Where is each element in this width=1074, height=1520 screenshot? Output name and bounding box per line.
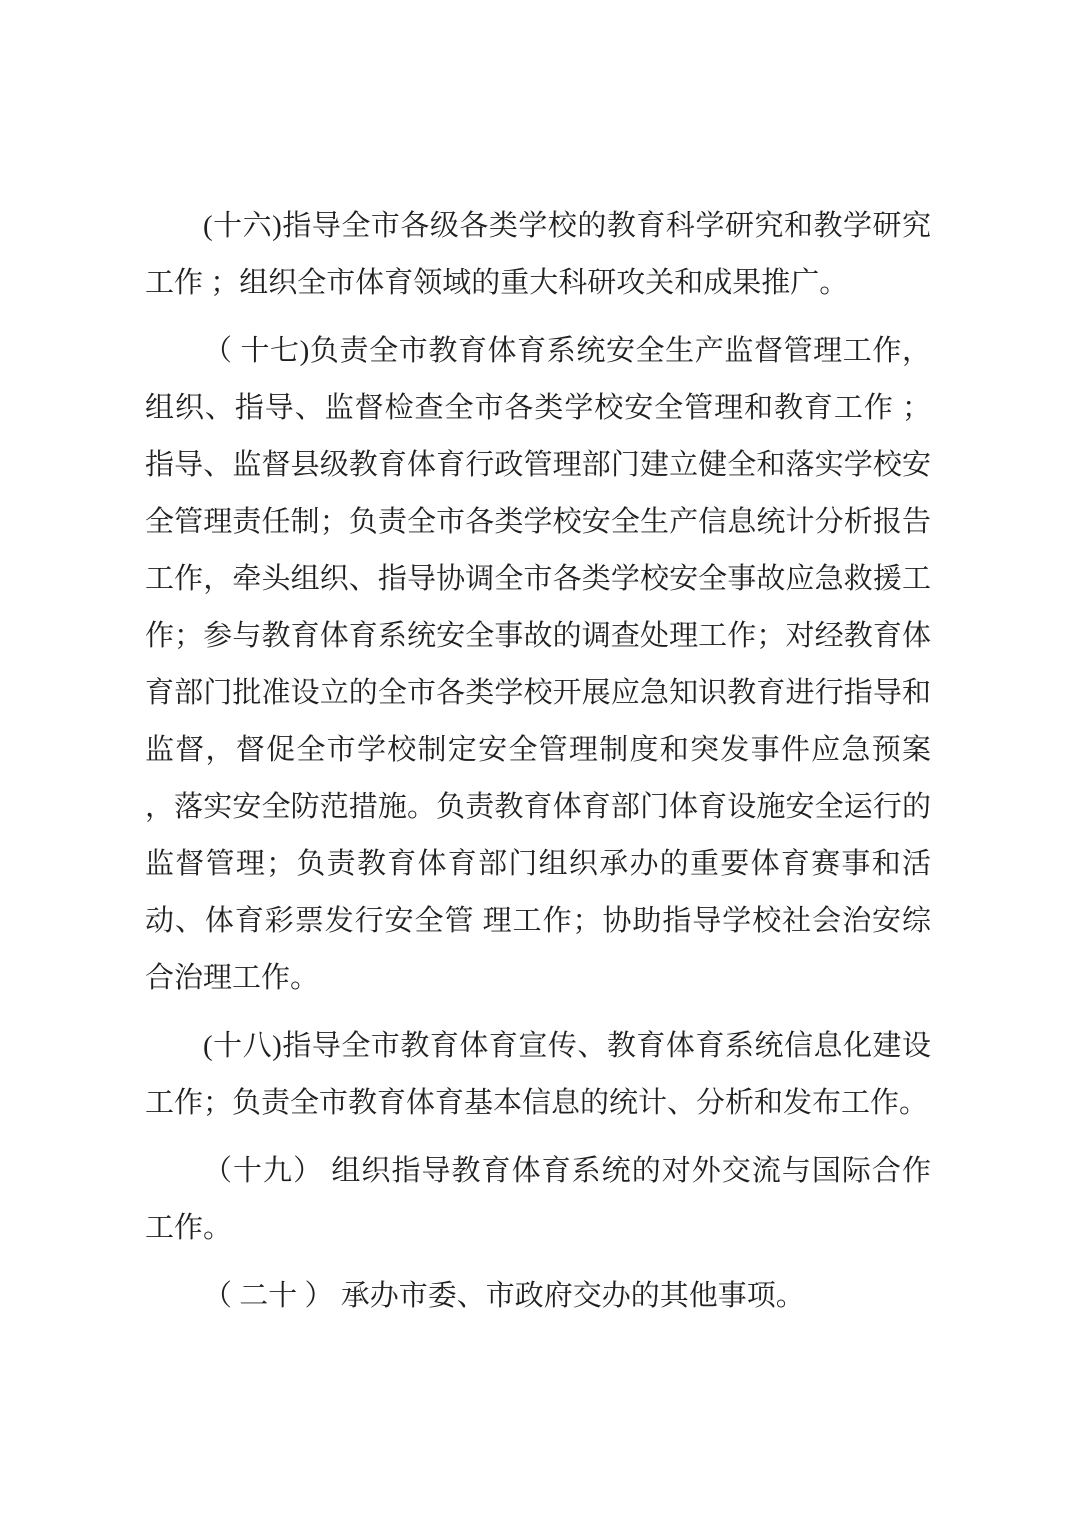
document-body: (十六)指导全市各级各类学校的教育科学研究和教学研究工作 ；组织全市体育领域的重… [145,198,931,1336]
document-page: (十六)指导全市各级各类学校的教育科学研究和教学研究工作 ；组织全市体育领域的重… [0,0,1074,1520]
paragraph-item-16: (十六)指导全市各级各类学校的教育科学研究和教学研究工作 ；组织全市体育领域的重… [145,198,931,312]
paragraph-item-18: (十八)指导全市教育体育宣传、教育体育系统信息化建设工作；负责全市教育体育基本信… [145,1018,931,1132]
paragraph-item-19: （十九） 组织指导教育体育系统的对外交流与国际合作工作。 [145,1143,931,1257]
paragraph-item-17: （ 十七)负责全市教育体育系统安全生产监督管理工作，组织、指导、监督检查全市各类… [145,323,931,1007]
paragraph-item-20: （ 二十 ） 承办市委、市政府交办的其他事项。 [145,1268,931,1325]
